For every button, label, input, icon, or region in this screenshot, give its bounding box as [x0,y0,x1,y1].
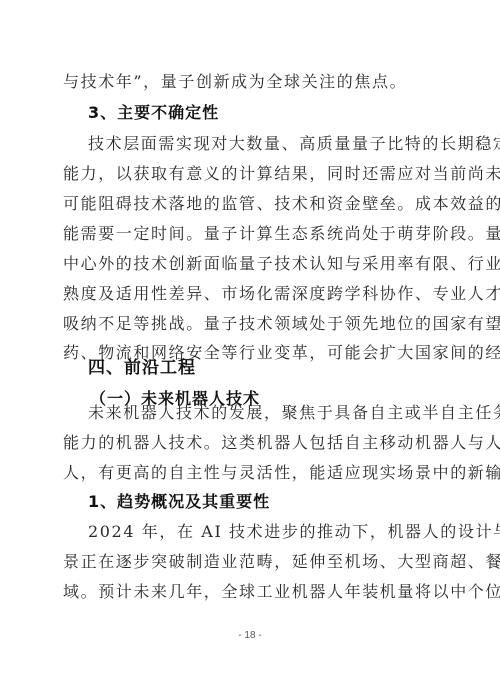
section-heading-trend: 1、趋势概况及其重要性 [88,492,463,512]
paragraph-line: 中心外的技术创新面临量子技术认知与采用率有限、行业技术成 [63,254,438,274]
paragraph-line: 吸纳不足等挑战。量子技术领域处于领先地位的国家有望推动制 [63,314,438,334]
paragraph-line: 熟度及适用性差异、市场化需深度跨学科协作、专业人才培养与 [63,284,438,304]
paragraph-line: 未来机器人技术的发展，聚焦于具备自主或半自主任务执行 [88,403,463,423]
page-number: - 18 - [0,630,500,641]
paragraph-line: 技术层面需实现对大数量、高质量量子比特的长期稳定管控 [88,134,463,154]
paragraph-line: 可能阻碍技术落地的监管、技术和资金壁垒。成本效益的实现可 [63,194,438,214]
paragraph-line: 与技术年”，量子创新成为全球关注的焦点。 [63,72,438,92]
section-heading-uncertainty: 3、主要不确定性 [88,103,463,123]
paragraph-line: 人，有更高的自主性与灵活性，能适应现实场景中的新输入信息。 [63,463,438,483]
paragraph-line: 景正在逐步突破制造业范畴，延伸至机场、大型商超、餐厅等领 [63,552,438,572]
chapter-heading-frontier-engineering: 四、前沿工程 [88,358,463,378]
paragraph-line: 能力的机器人技术。这类机器人包括自主移动机器人与人形机器 [63,433,438,453]
paragraph-line: 能需要一定时间。量子计算生态系统尚处于萌芽阶段。量子创新 [63,224,438,244]
paragraph-line: 域。预计未来几年，全球工业机器人年装机量将以中个位数百分 [63,582,438,602]
paragraph-line: 能力，以获取有意义的计算结果，同时还需应对当前尚未显现的、 [63,164,438,184]
paragraph-line: 2024 年，在 AI 技术进步的推动下，机器人的设计与应用场 [88,522,463,542]
